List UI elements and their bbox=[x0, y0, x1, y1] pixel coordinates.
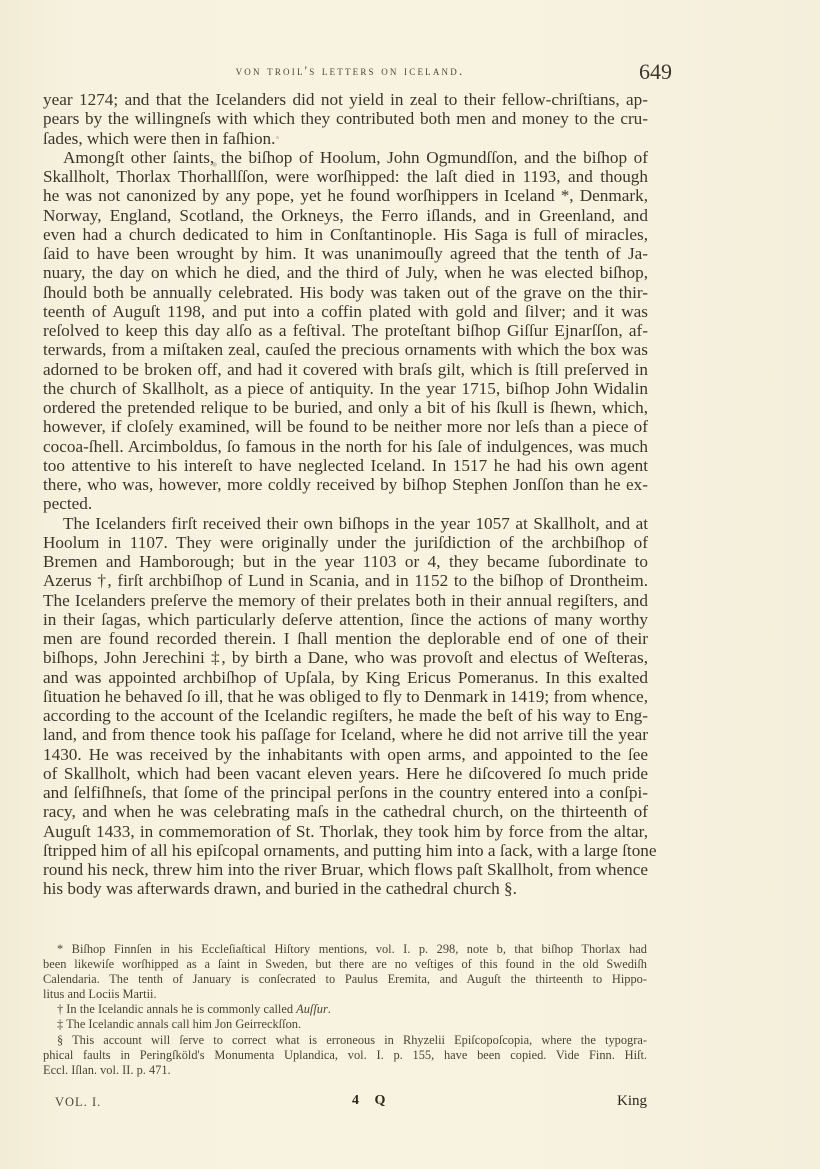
text-line: Auguſt 1433, in commemoration of St. Tho… bbox=[43, 822, 648, 841]
text-line: nuary, the day on which he died, and the… bbox=[43, 263, 648, 282]
running-head: VON TROIL'S LETTERS ON ICELAND. 649 bbox=[40, 63, 660, 83]
text-line: Hoolum in 1107. They were originally und… bbox=[43, 533, 648, 552]
text-line: ſtripped him of all his epiſcopal orname… bbox=[43, 841, 648, 860]
footnote-line: Calendaria. The tenth of January is conſ… bbox=[43, 972, 647, 987]
text-line: Norway, England, Scotland, the Orkneys, … bbox=[43, 206, 648, 225]
footnote-punctuation: . bbox=[328, 1002, 331, 1016]
text-line: there, who was, however, more coldly rec… bbox=[43, 475, 648, 494]
text-line: his body was afterwards drawn, and burie… bbox=[43, 879, 648, 898]
text-line: The Icelanders preſerve the memory of th… bbox=[43, 591, 648, 610]
text-line: The Icelanders firſt received their own … bbox=[43, 514, 648, 533]
text-line: biſhops, John Jerechini ‡, by birth a Da… bbox=[43, 648, 648, 667]
text-line: land, and from thence took his paſſage f… bbox=[43, 725, 648, 744]
text-line: ſhould both be annually celebrated. His … bbox=[43, 283, 648, 302]
book-page: VON TROIL'S LETTERS ON ICELAND. 649 year… bbox=[0, 0, 820, 1169]
footnote-line: * Biſhop Finnſen in his Eccleſiaſtical H… bbox=[43, 942, 647, 957]
text-line: the church of Skallholt, as a piece of a… bbox=[43, 379, 648, 398]
text-line: according to the account of the Icelandi… bbox=[43, 706, 648, 725]
footnote-line: § This account will ſerve to correct wha… bbox=[43, 1033, 647, 1048]
text-line: and ſelfiſhneſs, that ſome of the princi… bbox=[43, 783, 648, 802]
text-line: in their ſagas, which particularly deſer… bbox=[43, 610, 648, 629]
footnote-text: † In the Icelandic annals he is commonly… bbox=[57, 1002, 296, 1016]
footnote-line: litus and Lociis Martii. bbox=[43, 987, 647, 1002]
volume-label: VOL. I. bbox=[55, 1095, 101, 1110]
paper-speck bbox=[378, 1101, 381, 1104]
text-line: Bremen and Hamborough; but in the year 1… bbox=[43, 552, 648, 571]
text-line: round his neck, threw him into the river… bbox=[43, 860, 648, 879]
text-line: terwards, from a miſtaken zeal, cauſed t… bbox=[43, 340, 648, 359]
paper-speck bbox=[212, 162, 217, 167]
text-line: pears by the willingneſs with which they… bbox=[43, 109, 648, 128]
text-line: ſituation he behaved ſo ill, that he was… bbox=[43, 687, 648, 706]
text-line: Amongſt other ſaints, the biſhop of Hool… bbox=[43, 148, 648, 167]
footnote-line: † In the Icelandic annals he is commonly… bbox=[43, 1002, 647, 1017]
main-text: year 1274; and that the Icelanders did n… bbox=[43, 90, 648, 899]
italic-name: Auſſur bbox=[296, 1002, 328, 1016]
text-line: men are found recorded therein. I ſhall … bbox=[43, 629, 648, 648]
text-line: 1430. He was received by the inhabitants… bbox=[43, 745, 648, 764]
page-footer: VOL. I. 4 Q King bbox=[55, 1093, 647, 1111]
page-number: 649 bbox=[639, 59, 672, 85]
text-line: racy, and when he was celebrating maſs i… bbox=[43, 802, 648, 821]
text-line: ſaid to have been wrought by him. It was… bbox=[43, 244, 648, 263]
text-line: he was not canonized by any pope, yet he… bbox=[43, 186, 648, 205]
catchword: King bbox=[617, 1093, 647, 1110]
text-line: Skallholt, Thorlax Thorhallſſon, were wo… bbox=[43, 167, 648, 186]
footnote-line: ‡ The Icelandic annals call him Jon Geir… bbox=[43, 1017, 647, 1032]
text-line: teenth of Auguſt 1198, and put into a co… bbox=[43, 302, 648, 321]
printer-signature: 4 Q bbox=[352, 1093, 391, 1109]
footnote-line: been likewiſe worſhipped as a ſaint in S… bbox=[43, 957, 647, 972]
text-line: ſades, which were then in faſhion. bbox=[43, 129, 648, 148]
text-line: however, if cloſely examined, will be fo… bbox=[43, 417, 648, 436]
text-line: ordered the pretended relique to be buri… bbox=[43, 398, 648, 417]
footnote-line: Eccl. Iſlan. vol. II. p. 471. bbox=[43, 1063, 647, 1078]
text-line: even had a church dedicated to him in Co… bbox=[43, 225, 648, 244]
text-line: Azerus †, firſt archbiſhop of Lund in Sc… bbox=[43, 571, 648, 590]
text-line: year 1274; and that the Icelanders did n… bbox=[43, 90, 648, 109]
footnote-line: phical faults in Peringſköld's Monumenta… bbox=[43, 1048, 647, 1063]
text-line: reſolved to keep this day alſo as a feſt… bbox=[43, 321, 648, 340]
text-line: too attentive to his intereſt to have ne… bbox=[43, 456, 648, 475]
running-title: VON TROIL'S LETTERS ON ICELAND. bbox=[40, 63, 660, 79]
text-line: of Skallholt, which had been vacant elev… bbox=[43, 764, 648, 783]
text-line: adorned to be broken off, and had it cov… bbox=[43, 360, 648, 379]
text-line: cocoa-ſhell. Arcimboldus, ſo famous in t… bbox=[43, 437, 648, 456]
text-line: pected. bbox=[43, 494, 648, 513]
text-line: and was appointed archbiſhop of Upſala, … bbox=[43, 668, 648, 687]
footnotes: * Biſhop Finnſen in his Eccleſiaſtical H… bbox=[43, 942, 647, 1078]
paper-speck bbox=[276, 136, 279, 139]
